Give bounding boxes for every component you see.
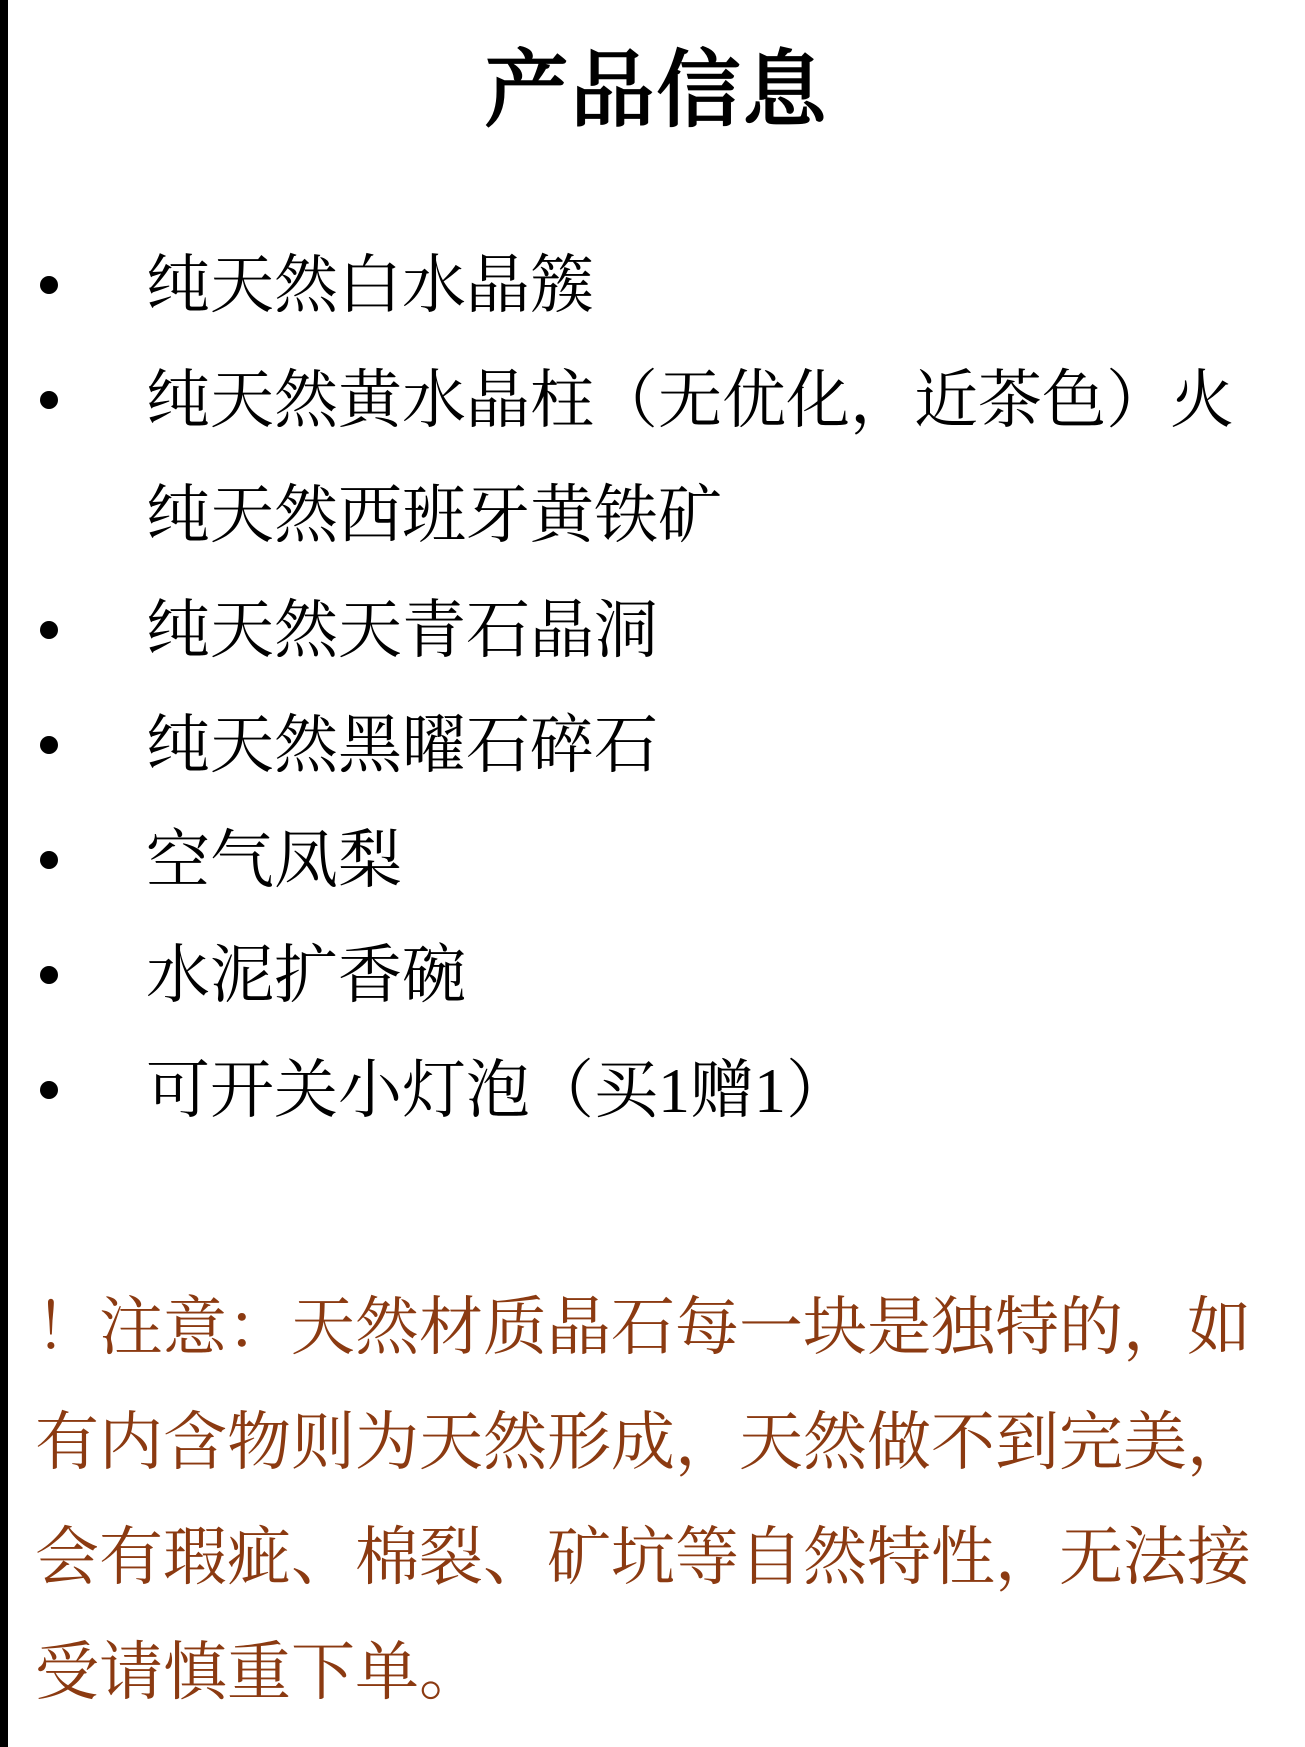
list-item: 空气凤梨 (8, 803, 1305, 918)
page-title: 产品信息 (8, 42, 1305, 142)
notice-line: 有内含物则为天然形成，天然做不到完美， (35, 1385, 1285, 1500)
list-item-text: 纯天然黑曜石碎石 (8, 688, 1305, 803)
notice-line: 受请慎重下单。 (35, 1615, 1285, 1730)
list-item: 可开关小灯泡（买1赠1） (8, 1033, 1305, 1148)
list-item-text-continuation: 纯天然西班牙黄铁矿 (8, 458, 1305, 573)
notice-line: 会有瑕疵、棉裂、矿坑等自然特性，无法接 (35, 1500, 1285, 1615)
list-item-text: 空气凤梨 (8, 803, 1305, 918)
left-edge-bar (0, 0, 8, 1747)
bullet-icon (40, 621, 58, 639)
bullet-icon (40, 851, 58, 869)
list-item: 水泥扩香碗 (8, 918, 1305, 1033)
list-item-text: 可开关小灯泡（买1赠1） (8, 1033, 1305, 1148)
page-root: { "page": { "title": "产品信息" }, "colors":… (0, 0, 1305, 1747)
list-item-text: 纯天然白水晶簇 (8, 228, 1305, 343)
list-item: 纯天然白水晶簇 (8, 228, 1305, 343)
bullet-icon (40, 391, 58, 409)
notice-line: ！注意：天然材质晶石每一块是独特的，如 (35, 1270, 1285, 1385)
list-item: 纯天然黑曜石碎石 (8, 688, 1305, 803)
list-item: 纯天然黄水晶柱（无优化，近茶色）火 纯天然西班牙黄铁矿 (8, 343, 1305, 573)
bullet-icon (40, 1081, 58, 1099)
list-item-text: 纯天然黄水晶柱（无优化，近茶色）火 (8, 343, 1305, 458)
bullet-icon (40, 736, 58, 754)
notice-paragraph: ！注意：天然材质晶石每一块是独特的，如 有内含物则为天然形成，天然做不到完美， … (35, 1270, 1285, 1730)
list-item-text: 纯天然天青石晶洞 (8, 573, 1305, 688)
bullet-icon (40, 276, 58, 294)
bullet-icon (40, 966, 58, 984)
list-item-text: 水泥扩香碗 (8, 918, 1305, 1033)
product-list: 纯天然白水晶簇 纯天然黄水晶柱（无优化，近茶色）火 纯天然西班牙黄铁矿 纯天然天… (8, 228, 1305, 1148)
product-info-document: 产品信息 纯天然白水晶簇 纯天然黄水晶柱（无优化，近茶色）火 纯天然西班牙黄铁矿… (8, 0, 1305, 1730)
list-item: 纯天然天青石晶洞 (8, 573, 1305, 688)
